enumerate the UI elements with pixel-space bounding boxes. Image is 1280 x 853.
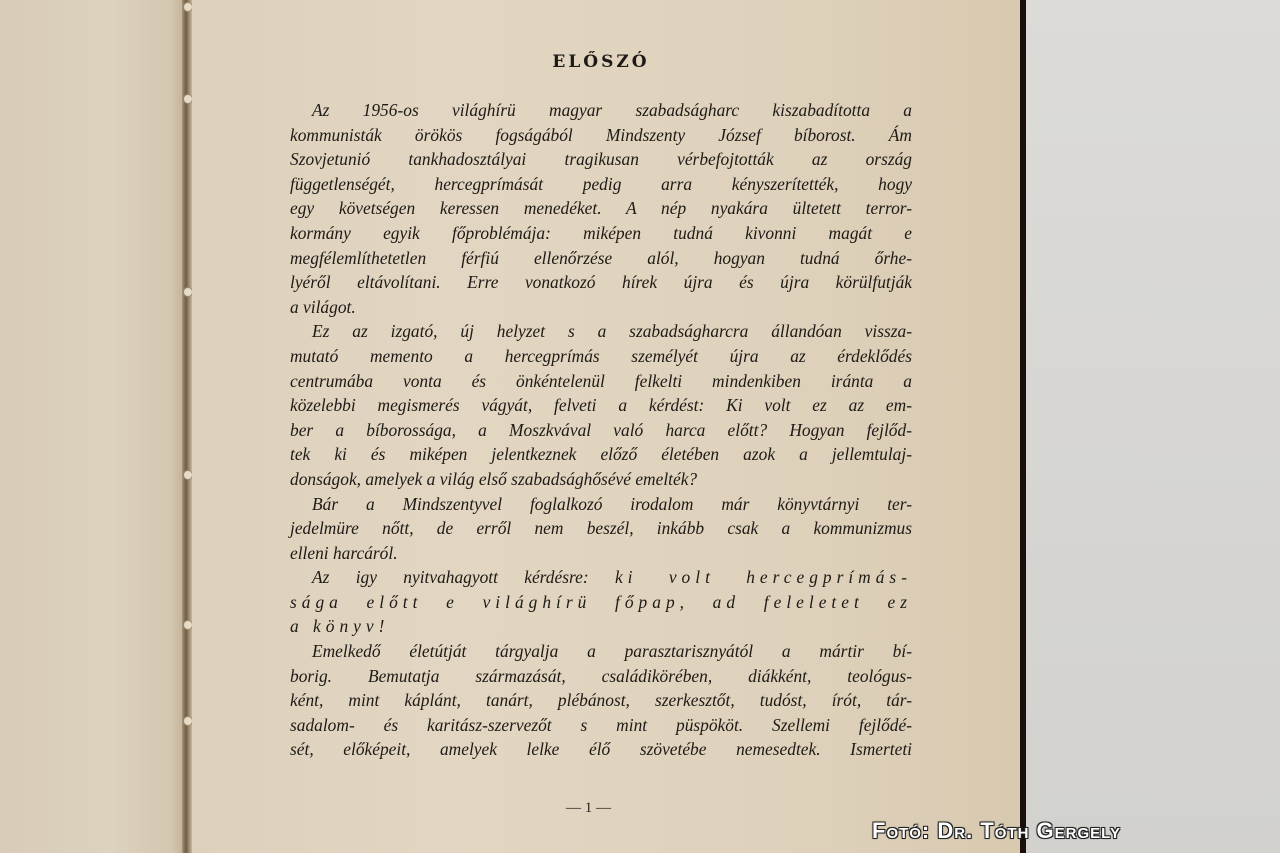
text-line: sét, előképeit, amelyek lelke élő szövet… xyxy=(290,737,912,762)
text-line: Az igy nyitvahagyott kérdésre: ki volt h… xyxy=(290,565,912,590)
text-line: sága előtt e világhírü főpap, ad felelet… xyxy=(290,590,912,615)
text-line: függetlenségét, hercegprímását pedig arr… xyxy=(290,172,912,197)
text-line: Ez az izgató, új helyzet s a szabadságha… xyxy=(290,319,912,344)
text-line: Bár a Mindszentyvel foglalkozó irodalom … xyxy=(290,492,912,517)
backdrop-surface xyxy=(1026,0,1280,853)
text-line: a világot. xyxy=(290,295,912,320)
text-line: sadalom- és karitász-szervezőt s mint pü… xyxy=(290,713,912,738)
text-line: borig. Bemutatja származását, családikör… xyxy=(290,664,912,689)
text-line: Az 1956-os világhírü magyar szabadsághar… xyxy=(290,98,912,123)
text-line: tek ki és miképen jelentkeznek előző éle… xyxy=(290,442,912,467)
text-line: ber a bíborossága, a Moszkvával való har… xyxy=(290,418,912,443)
text-line: jedelmüre nőtt, de erről nem beszél, ink… xyxy=(290,516,912,541)
text-line: elleni harcáról. xyxy=(290,541,912,566)
text-line: egy követségen keressen menedéket. A nép… xyxy=(290,196,912,221)
text-line: Emelkedő életútját tárgyalja a parasztar… xyxy=(290,639,912,664)
text-line: lyéről eltávolítani. Erre vonatkozó híre… xyxy=(290,270,912,295)
text-line: kommunisták örökös fogságából Mindszenty… xyxy=(290,123,912,148)
emphasized-text: ki volt hercegprímás- xyxy=(615,567,912,587)
page-number: — 1 — xyxy=(566,800,611,817)
page-title: ELŐSZÓ xyxy=(290,52,912,72)
body-text: Az 1956-os világhírü magyar szabadsághar… xyxy=(290,98,912,762)
text-line: ként, mint káplánt, tanárt, plébánost, s… xyxy=(290,688,912,713)
page-content: ELŐSZÓ Az 1956-os világhírü magyar szaba… xyxy=(290,52,912,762)
text-line: közelebbi megismerés vágyát, felveti a k… xyxy=(290,393,912,418)
photo-credit-watermark: Fotó: Dr. Tóth Gergely xyxy=(872,818,1121,844)
left-page xyxy=(0,0,186,853)
text-line: Szovjetunió tankhadosztályai tragikusan … xyxy=(290,147,912,172)
text-line: centrumába vonta és önkéntelenül felkelt… xyxy=(290,369,912,394)
text-line: megfélemlíthetetlen férfiú ellenőrzése a… xyxy=(290,246,912,271)
text-line: kormány egyik főproblémája: miképen tudn… xyxy=(290,221,912,246)
text-line: mutató memento a hercegprímás személyét … xyxy=(290,344,912,369)
emphasized-text: sága előtt e világhírü főpap, ad felelet… xyxy=(290,592,912,612)
emphasized-text: a könyv! xyxy=(290,616,389,636)
text-line: donságok, amelyek a világ első szabadság… xyxy=(290,467,912,492)
text-line: a könyv! xyxy=(290,614,912,639)
